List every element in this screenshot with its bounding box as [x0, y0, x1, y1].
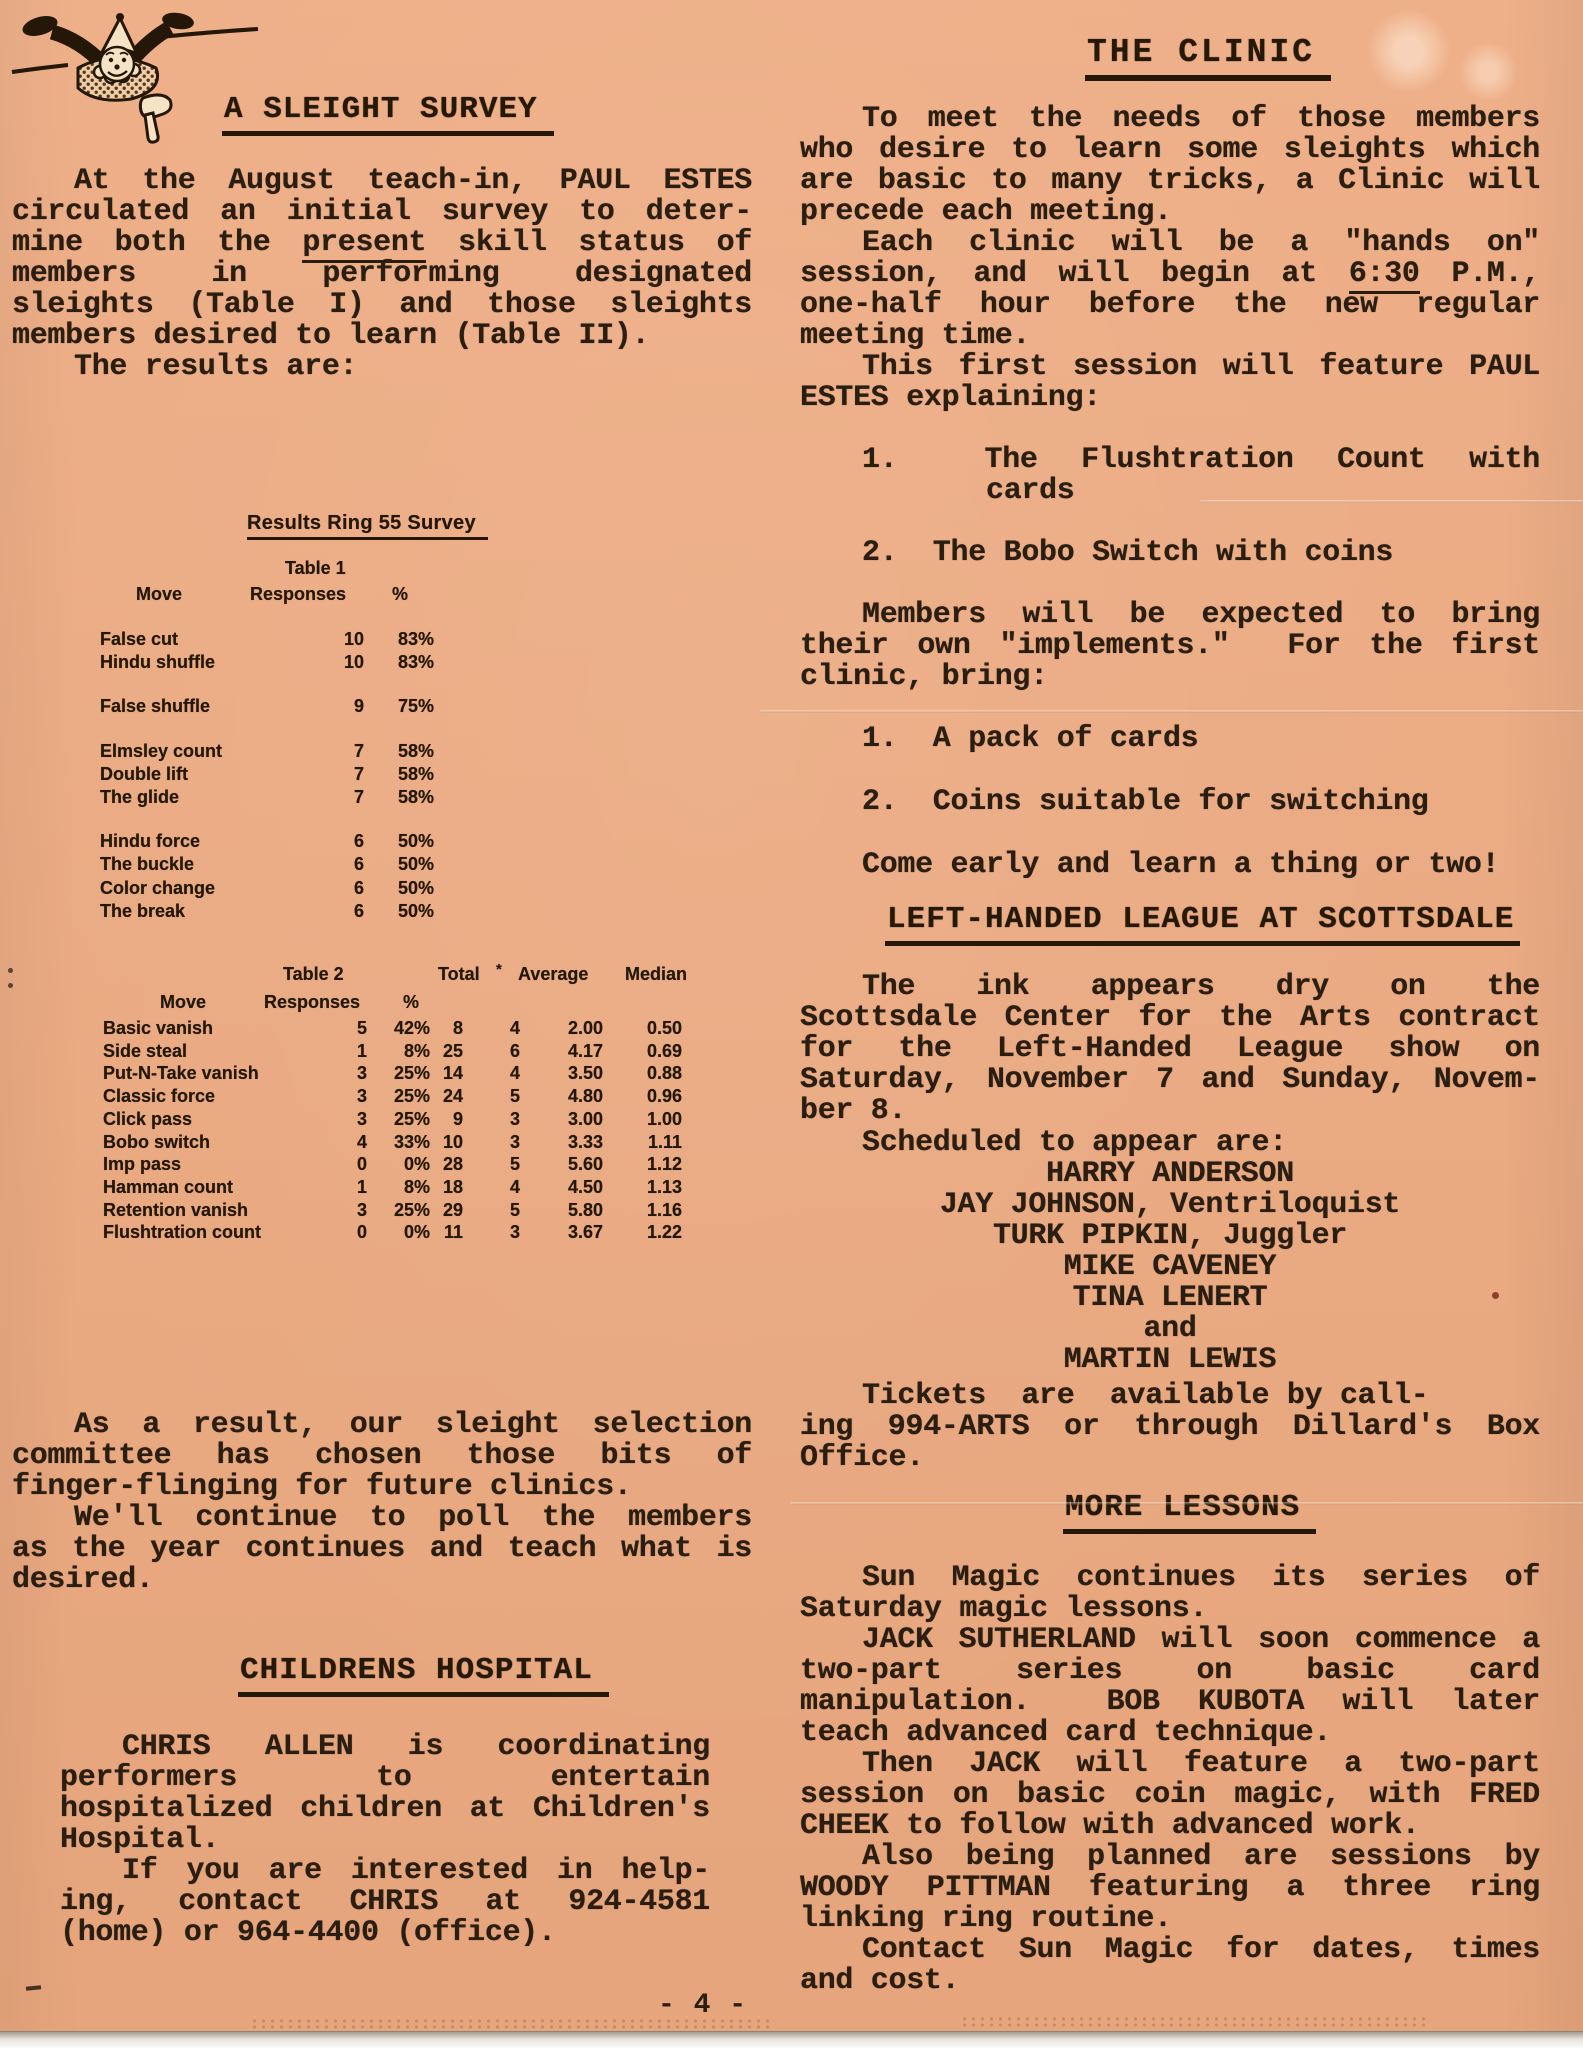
table-cell-value: 58% — [364, 740, 434, 763]
table-cell-value: 8% — [367, 1040, 430, 1063]
table-cell-value: 25% — [367, 1108, 430, 1131]
table-cell-value: 24 — [430, 1085, 463, 1108]
table2-col-pct: % — [403, 992, 419, 1012]
clinic-paragraph-4: Members will be expected to bringtheir o… — [800, 600, 1540, 693]
text-line: TINA LENERT — [800, 1283, 1540, 1314]
table-row: Basic vanish542%842.000.50 — [103, 1017, 683, 1040]
text-line: two-part series on basic card — [800, 1656, 1540, 1687]
table-cell-value: 3.00 — [520, 1108, 603, 1131]
league-paragraph-1: The ink appears dry on theScottsdale Cen… — [800, 972, 1540, 1127]
table-cell-move: The glide — [100, 786, 312, 809]
text-line: MARTIN LEWIS — [800, 1345, 1540, 1376]
table-cell-value: 6 — [312, 853, 364, 876]
paper-crease — [790, 1502, 1583, 1505]
text-line: desired. — [12, 1565, 752, 1596]
table-cell-value: 50% — [364, 830, 434, 853]
text-line: manipulation. BOB KUBOTA will later — [800, 1687, 1540, 1718]
table1-label: Table 1 — [285, 558, 346, 578]
table-cell-value: 4 — [463, 1062, 520, 1085]
table-cell-value: 14 — [430, 1062, 463, 1085]
table-cell-value: 3.50 — [520, 1062, 603, 1085]
table-row: Click pass325%933.001.00 — [103, 1108, 683, 1131]
table-cell-value: 7 — [312, 740, 364, 763]
clinic-paragraph-1: To meet the needs of those memberswho de… — [800, 104, 1540, 228]
lessons-paragraph-2: JACK SUTHERLAND will soon commence atwo-… — [800, 1625, 1540, 1749]
text-line: CHRIS ALLEN is coordinating — [60, 1732, 710, 1763]
table-cell-value: 3 — [310, 1085, 367, 1108]
table-cell-value: 6 — [463, 1040, 520, 1063]
table-row-group: False cut1083%Hindu shuffle1083% — [100, 628, 434, 674]
table2-label: Table 2 — [283, 964, 344, 984]
text-line: as the year continues and teach what is — [12, 1534, 752, 1565]
clinic-closing-line: Come early and learn a thing or two! — [800, 850, 1540, 881]
table-cell-value: 4.80 — [520, 1085, 603, 1108]
table-cell-value: 83% — [364, 651, 434, 674]
text-line: ing, contact CHRIS at 924-4581 — [60, 1887, 710, 1918]
table-cell-move: Flushtration count — [103, 1221, 310, 1244]
paper-crease — [1200, 500, 1583, 503]
table-cell-value: 50% — [364, 900, 434, 923]
scan-noise — [250, 2018, 770, 2029]
clinic-bring-item-2: 2. Coins suitable for switching — [800, 787, 1540, 818]
table-title: Results Ring 55 Survey — [247, 512, 488, 540]
table-cell-value: 18 — [430, 1176, 463, 1199]
hospital-paragraph: CHRIS ALLEN is coordinatingperformers to… — [60, 1732, 710, 1949]
table-cell-value: 25 — [430, 1040, 463, 1063]
table-row: Hindu force650% — [100, 830, 434, 853]
text-line: performers to entertain — [60, 1763, 710, 1794]
table-cell-value: 42% — [367, 1017, 430, 1040]
table-cell-value: 1.12 — [603, 1153, 682, 1176]
table-row: Hindu shuffle1083% — [100, 651, 434, 674]
table-cell-value: 6 — [312, 830, 364, 853]
text-line: and cost. — [800, 1966, 1540, 1997]
text-line: teach advanced card technique. — [800, 1718, 1540, 1749]
text-line: ing 994-ARTS or through Dillard's Box — [800, 1412, 1540, 1443]
table-row: The buckle650% — [100, 853, 434, 876]
text-line: clinic, bring: — [800, 662, 1540, 693]
jester-illustration — [10, 6, 260, 166]
table-cell-value: 50% — [364, 877, 434, 900]
table-cell-value: 3 — [463, 1108, 520, 1131]
table-cell-value: 33% — [367, 1131, 430, 1154]
text-line: To meet the needs of those members — [800, 104, 1540, 135]
table-cell-move: False shuffle — [100, 695, 312, 718]
text-line: session, and will begin at 6:30 P.M., — [800, 259, 1540, 290]
table-cell-value: 4 — [463, 1017, 520, 1040]
clinic-paragraph-2: Each clinic will be a "hands on"session,… — [800, 228, 1540, 352]
text-line: HARRY ANDERSON — [800, 1159, 1540, 1190]
heading-more-lessons: MORE LESSONS — [1063, 1490, 1316, 1534]
table-row: Double lift758% — [100, 763, 434, 786]
table-cell-value: 7 — [312, 786, 364, 809]
text-line: Each clinic will be a "hands on" — [800, 228, 1540, 259]
text-line: At the August teach-in, PAUL ESTES — [12, 166, 752, 197]
lessons-paragraph-4: Also being planned are sessions byWOODY … — [800, 1842, 1540, 1935]
table-cell-value: 3 — [310, 1108, 367, 1131]
table-cell-value: 29 — [430, 1199, 463, 1222]
table-row: Classic force325%2454.800.96 — [103, 1085, 683, 1108]
table-cell-value: 25% — [367, 1085, 430, 1108]
table-cell-value: 0.96 — [603, 1085, 682, 1108]
heading-the-clinic: THE CLINIC — [1085, 34, 1331, 81]
clinic-paragraph-3: This first session will feature PAULESTE… — [800, 352, 1540, 414]
table-cell-value: 8 — [430, 1017, 463, 1040]
table-cell-value: 4.50 — [520, 1176, 603, 1199]
scan-noise — [960, 2016, 1430, 2027]
table-cell-value: 5.80 — [520, 1199, 603, 1222]
table1-col-move: Move — [136, 584, 182, 604]
text-line: their own "implements." For the first — [800, 631, 1540, 662]
text-line: JACK SUTHERLAND will soon commence a — [800, 1625, 1540, 1656]
text-line: Saturday magic lessons. — [800, 1594, 1540, 1625]
table-cell-value: 10 — [430, 1131, 463, 1154]
clinic-list-item-1: 1. The Flushtration Count withcards — [800, 445, 1540, 507]
lessons-paragraph-3: Then JACK will feature a two-partsession… — [800, 1749, 1540, 1842]
table1-rows: False cut1083%Hindu shuffle1083%False sh… — [100, 628, 434, 944]
table2-col-star: * — [496, 960, 502, 980]
text-line: Hospital. — [60, 1825, 710, 1856]
table-cell-value: 6 — [312, 877, 364, 900]
table-row-group: False shuffle975% — [100, 695, 434, 718]
text-line: We'll continue to poll the members — [12, 1503, 752, 1534]
table-cell-value: 5 — [463, 1085, 520, 1108]
text-line: who desire to learn some sleights which — [800, 135, 1540, 166]
table-cell-value: 1 — [310, 1176, 367, 1199]
text-line: Scheduled to appear are: — [800, 1128, 1540, 1159]
text-line: hospitalized children at Children's — [60, 1794, 710, 1825]
table-cell-move: Double lift — [100, 763, 312, 786]
text-line: 2. The Bobo Switch with coins — [800, 538, 1540, 569]
table-cell-value: 6 — [312, 900, 364, 923]
text-line: MIKE CAVENEY — [800, 1252, 1540, 1283]
table-cell-value: 1.00 — [603, 1108, 682, 1131]
clinic-bring-item-1: 1. A pack of cards — [800, 724, 1540, 755]
table-cell-value: 3.33 — [520, 1131, 603, 1154]
text-line: members in performing designated — [12, 259, 752, 290]
table1-col-responses: Responses — [250, 584, 346, 604]
table-cell-value: 75% — [364, 695, 434, 718]
league-scheduled-line: Scheduled to appear are: — [800, 1128, 1540, 1159]
table-cell-value: 50% — [364, 853, 434, 876]
table-cell-value: 4 — [310, 1131, 367, 1154]
table-cell-value: 5 — [310, 1017, 367, 1040]
table-row: Flushtration count00%1133.671.22 — [103, 1221, 683, 1244]
table-cell-move: Click pass — [103, 1108, 310, 1131]
text-line: meeting time. — [800, 321, 1540, 352]
table-cell-value: 0.88 — [603, 1062, 682, 1085]
text-line: Also being planned are sessions by — [800, 1842, 1540, 1873]
table-row: Color change650% — [100, 877, 434, 900]
table-cell-value: 83% — [364, 628, 434, 651]
table-cell-value: 4 — [463, 1176, 520, 1199]
paper-crease — [760, 710, 1583, 713]
table-row: False shuffle975% — [100, 695, 434, 718]
margin-marks — [8, 968, 13, 994]
text-line: TURK PIPKIN, Juggler — [800, 1221, 1540, 1252]
table-cell-value: 2.00 — [520, 1017, 603, 1040]
table-cell-value: 1.13 — [603, 1176, 682, 1199]
heading-sleight-survey: A SLEIGHT SURVEY — [222, 92, 554, 136]
table-cell-move: Color change — [100, 877, 312, 900]
table-cell-value: 0% — [367, 1153, 430, 1176]
text-line: sleights (Table I) and those sleights — [12, 290, 752, 321]
table-cell-value: 10 — [312, 628, 364, 651]
table-row: The break650% — [100, 900, 434, 923]
table-cell-value: 25% — [367, 1062, 430, 1085]
text-line: CHEEK to follow with advanced work. — [800, 1811, 1540, 1842]
table-cell-value: 0% — [367, 1221, 430, 1244]
table-cell-move: Hindu shuffle — [100, 651, 312, 674]
table-row: Put-N-Take vanish325%1443.500.88 — [103, 1062, 683, 1085]
table-cell-move: False cut — [100, 628, 312, 651]
text-line: session on basic coin magic, with FRED — [800, 1780, 1540, 1811]
text-line: 1. A pack of cards — [800, 724, 1540, 755]
text-line: Office. — [800, 1443, 1540, 1474]
text-line: Tickets are available by call- — [800, 1381, 1540, 1412]
heading-childrens-hospital: CHILDRENS HOSPITAL — [238, 1653, 609, 1697]
table-row-group: Hindu force650%The buckle650%Color chang… — [100, 830, 434, 923]
table-cell-value: 25% — [367, 1199, 430, 1222]
table2-col-average: Average — [518, 964, 588, 984]
text-line: 1. The Flushtration Count with — [800, 445, 1540, 476]
text-line: Saturday, November 7 and Sunday, Novem- — [800, 1065, 1540, 1096]
text-line: circulated an initial survey to deter- — [12, 197, 752, 228]
table-cell-value: 1 — [310, 1040, 367, 1063]
table-cell-move: Side steal — [103, 1040, 310, 1063]
table-cell-value: 3 — [463, 1131, 520, 1154]
table-row: False cut1083% — [100, 628, 434, 651]
table-cell-move: Hamman count — [103, 1176, 310, 1199]
table-cell-value: 5 — [463, 1199, 520, 1222]
survey-intro-paragraph: At the August teach-in, PAUL ESTEScircul… — [12, 166, 752, 383]
page-bottom-edge — [0, 2031, 1583, 2048]
table-cell-value: 1.22 — [603, 1221, 682, 1244]
text-line: This first session will feature PAUL — [800, 352, 1540, 383]
text-line: (home) or 964-4400 (office). — [60, 1918, 710, 1949]
table-cell-value: 58% — [364, 786, 434, 809]
lessons-paragraph-5: Contact Sun Magic for dates, timesand co… — [800, 1935, 1540, 1997]
text-line: JAY JOHNSON, Ventriloquist — [800, 1190, 1540, 1221]
table-cell-move: Basic vanish — [103, 1017, 310, 1040]
text-line: Members will be expected to bring — [800, 600, 1540, 631]
text-line: finger-flinging for future clinics. — [12, 1472, 752, 1503]
text-line: one-half hour before the new regular — [800, 290, 1540, 321]
ink-spot — [1492, 1292, 1499, 1299]
table-row: Elmsley count758% — [100, 740, 434, 763]
table2-col-responses: Responses — [264, 992, 360, 1012]
table-cell-value: 58% — [364, 763, 434, 786]
heading-left-handed-league: LEFT-HANDED LEAGUE AT SCOTTSDALE — [885, 902, 1520, 946]
text-line: ber 8. — [800, 1096, 1540, 1127]
table2-col-median: Median — [625, 964, 687, 984]
table-row: Retention vanish325%2955.801.16 — [103, 1199, 683, 1222]
text-line: 2. Coins suitable for switching — [800, 787, 1540, 818]
table-cell-value: 0.50 — [603, 1017, 682, 1040]
page-number: - 4 - — [658, 1990, 747, 2021]
text-line: WOODY PITTMAN featuring a three ring — [800, 1873, 1540, 1904]
table-cell-value: 0 — [310, 1153, 367, 1176]
table-row-group: Elmsley count758%Double lift758%The glid… — [100, 740, 434, 810]
text-line: committee has chosen those bits of — [12, 1441, 752, 1472]
table-cell-move: Elmsley count — [100, 740, 312, 763]
table-cell-move: Classic force — [103, 1085, 310, 1108]
table-cell-value: 0 — [310, 1221, 367, 1244]
table-cell-value: 8% — [367, 1176, 430, 1199]
text-line: are basic to many tricks, a Clinic will — [800, 166, 1540, 197]
table-cell-value: 4.17 — [520, 1040, 603, 1063]
table2-rows: Basic vanish542%842.000.50Side steal18%2… — [103, 1017, 683, 1244]
newsletter-page: A SLEIGHT SURVEY At the August teach-in,… — [0, 0, 1583, 2048]
table2-col-total: Total — [438, 964, 480, 984]
table-cell-value: 0.69 — [603, 1040, 682, 1063]
table-cell-value: 3 — [310, 1062, 367, 1085]
table-cell-move: The buckle — [100, 853, 312, 876]
league-performers-list: HARRY ANDERSONJAY JOHNSON, Ventriloquist… — [800, 1159, 1540, 1376]
text-line: The ink appears dry on the — [800, 972, 1540, 1003]
text-line: Come early and learn a thing or two! — [800, 850, 1540, 881]
table2-col-move: Move — [160, 992, 206, 1012]
lessons-paragraph-1: Sun Magic continues its series ofSaturda… — [800, 1563, 1540, 1625]
table-cell-value: 1.11 — [603, 1131, 682, 1154]
conclusion-paragraph: As a result, our sleight selectioncommit… — [12, 1410, 752, 1596]
table1-col-pct: % — [392, 584, 408, 604]
table-row: The glide758% — [100, 786, 434, 809]
table-cell-value: 3 — [310, 1199, 367, 1222]
text-line: If you are interested in help- — [60, 1856, 710, 1887]
table-cell-value: 7 — [312, 763, 364, 786]
text-line: members desired to learn (Table II). — [12, 321, 752, 352]
table-cell-value: 3 — [463, 1221, 520, 1244]
text-line: As a result, our sleight selection — [12, 1410, 752, 1441]
table-cell-move: The break — [100, 900, 312, 923]
text-line: Contact Sun Magic for dates, times — [800, 1935, 1540, 1966]
text-line: The results are: — [12, 352, 752, 383]
table-cell-move: Bobo switch — [103, 1131, 310, 1154]
table-cell-value: 9 — [312, 695, 364, 718]
league-tickets-paragraph: Tickets are available by call-ing 994-AR… — [800, 1381, 1540, 1474]
table-cell-move: Imp pass — [103, 1153, 310, 1176]
table-row: Side steal18%2564.170.69 — [103, 1040, 683, 1063]
table-cell-value: 3.67 — [520, 1221, 603, 1244]
table-cell-move: Hindu force — [100, 830, 312, 853]
table-cell-value: 9 — [430, 1108, 463, 1131]
table-cell-value: 5 — [463, 1153, 520, 1176]
text-line: ESTES explaining: — [800, 383, 1540, 414]
text-line: precede each meeting. — [800, 197, 1540, 228]
table-cell-value: 28 — [430, 1153, 463, 1176]
table-cell-move: Retention vanish — [103, 1199, 310, 1222]
table-cell-value: 11 — [430, 1221, 463, 1244]
text-line: linking ring routine. — [800, 1904, 1540, 1935]
table-cell-value: 10 — [312, 651, 364, 674]
text-line: Scottsdale Center for the Arts contract — [800, 1003, 1540, 1034]
table-cell-value: 1.16 — [603, 1199, 682, 1222]
table-row: Hamman count18%1844.501.13 — [103, 1176, 683, 1199]
text-line: mine both the present skill status of — [12, 228, 752, 259]
text-line: and — [800, 1314, 1540, 1345]
text-line: Then JACK will feature a two-part — [800, 1749, 1540, 1780]
stray-mark — [26, 1985, 41, 1991]
text-line: Sun Magic continues its series of — [800, 1563, 1540, 1594]
table-cell-move: Put-N-Take vanish — [103, 1062, 310, 1085]
text-line: for the Left-Handed League show on — [800, 1034, 1540, 1065]
clinic-list-item-2: 2. The Bobo Switch with coins — [800, 538, 1540, 569]
table-row: Bobo switch433%1033.331.11 — [103, 1131, 683, 1154]
table-row: Imp pass00%2855.601.12 — [103, 1153, 683, 1176]
table-cell-value: 5.60 — [520, 1153, 603, 1176]
